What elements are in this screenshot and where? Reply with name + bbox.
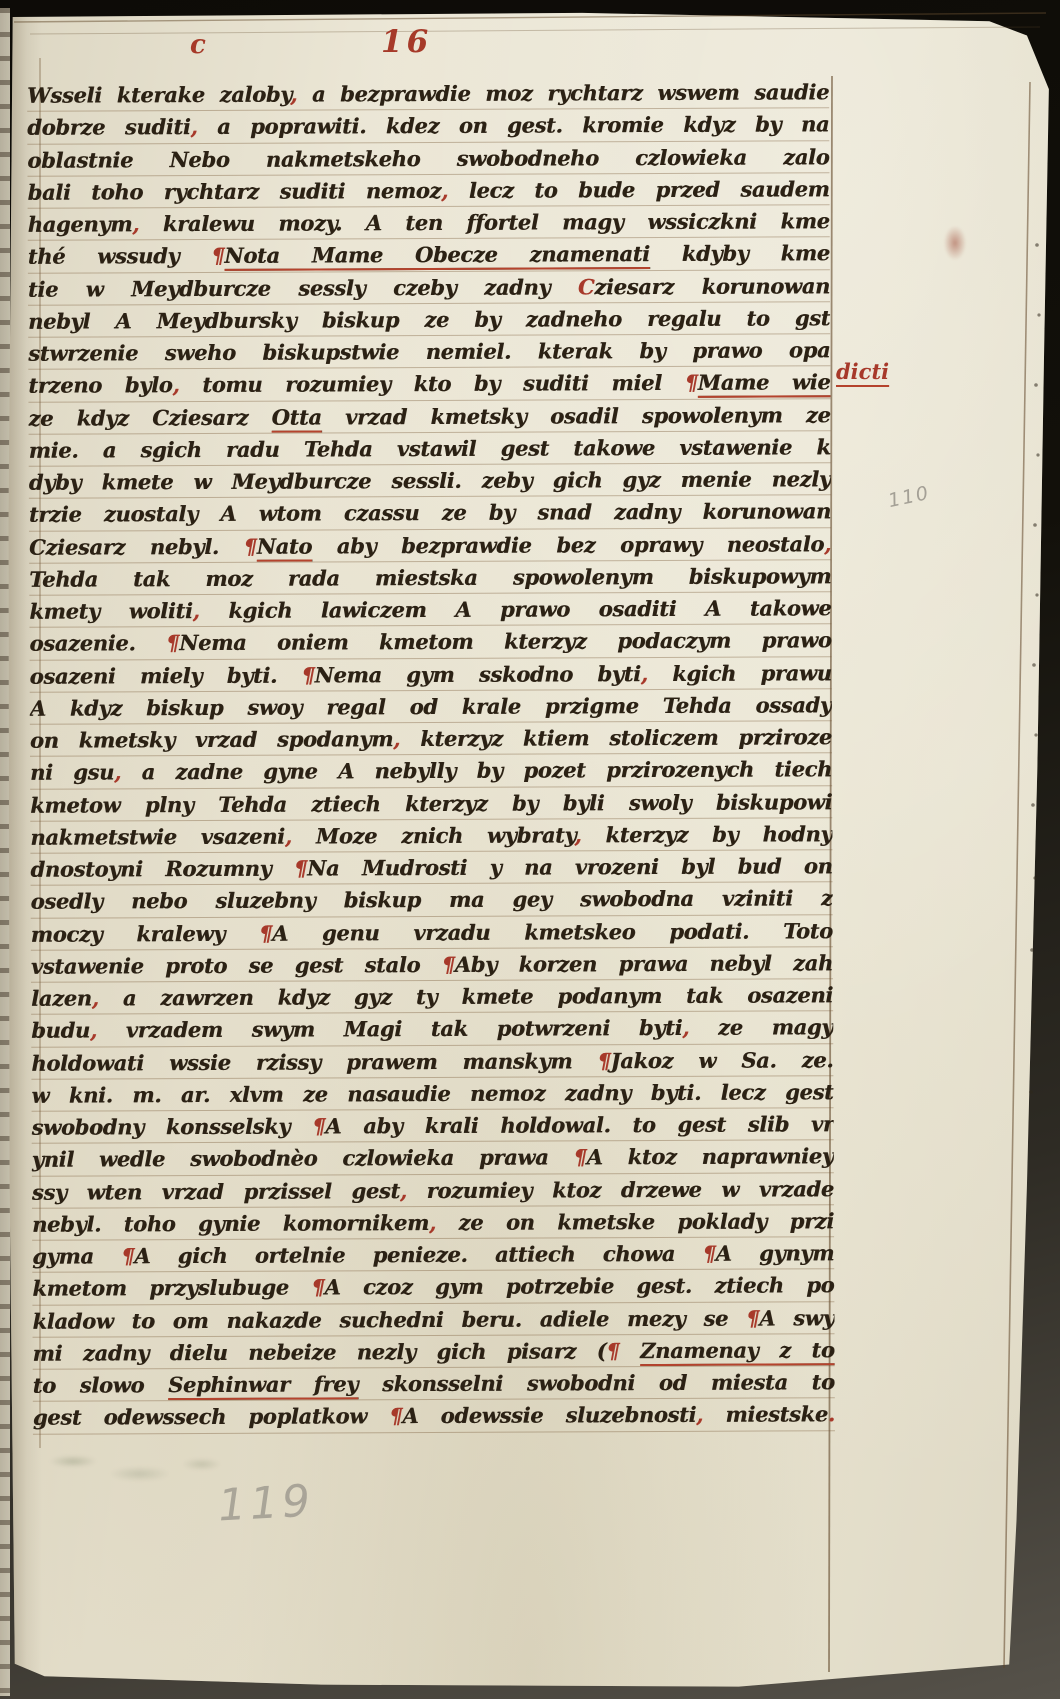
text-segment: ze magy — [689, 1014, 833, 1040]
manuscript-line: kladow to om nakazde suchedni beru. adie… — [32, 1302, 834, 1338]
text-segment: Aby korzen prawa nebyl zah — [455, 950, 833, 977]
rubric-segment: . — [828, 1401, 835, 1426]
text-segment: on kmetsky vrzad spodanym — [30, 726, 393, 753]
text-segment: kralewu mozy. A ten ffortel magy wssiczk… — [139, 208, 830, 236]
underlying-page-edge — [0, 8, 10, 1696]
manuscript-line: nebyl. toho gynie komornikem, ze on kmet… — [32, 1205, 834, 1241]
text-segment: to slowo — [33, 1372, 168, 1398]
manuscript-line: nakmetstwie vsazeni, Moze znich wybraty,… — [30, 818, 832, 854]
manuscript-line: bali toho rychtarz suditi nemoz, lecz to… — [27, 173, 829, 209]
rubric-segment: ¶ — [121, 1243, 134, 1268]
manuscript-line: dnostoyni Rozumny ¶Na Mudrosti y na vroz… — [30, 850, 832, 886]
text-segment: Tehda tak moz rada miestska spowolenym b… — [29, 563, 831, 591]
text-segment: dobrze suditi — [27, 114, 190, 140]
text-segment: nebyl A Meydbursky biskup ze by zadneho … — [28, 305, 830, 333]
text-segment: lecz to bude przed saudem — [448, 176, 830, 203]
text-segment: A swy — [759, 1305, 834, 1330]
text-segment: swobodny konsselsky — [32, 1114, 313, 1140]
manuscript-line: mi zadny dielu nebeize nezly gich pisarz… — [33, 1334, 835, 1370]
rubric-segment: ¶ — [244, 533, 257, 558]
rubric-segment: ¶ — [389, 1403, 402, 1428]
text-segment: A gynym — [716, 1240, 835, 1266]
text-segment: ze on kmetske poklady przi — [436, 1208, 834, 1235]
rubric-segment: C — [578, 274, 595, 299]
margin-gloss-red: dicti — [836, 359, 889, 384]
text-segment: moczy kralewy — [31, 920, 259, 946]
scan-background: c 16 Wsseli kterake zaloby, a bezprawdie… — [0, 0, 1060, 1699]
text-segment: budu — [31, 1018, 90, 1043]
text-segment: dnostoyni Rozumny — [30, 856, 294, 882]
rubric-segment: ¶ — [211, 243, 224, 268]
manuscript-line: osazeni miely byti. ¶Nema gym sskodno by… — [30, 657, 832, 693]
manuscript-line: Cziesarz nebyl. ¶Nato aby bezprawdie bez… — [29, 528, 831, 564]
text-segment: hagenym — [28, 211, 133, 236]
text-segment: a zadne gyne A nebylly by pozet prziroze… — [121, 757, 832, 785]
text-segment: stwrzenie sweho biskupstwie nemiel. kter… — [28, 337, 830, 365]
rubric-segment: ¶ — [597, 1048, 610, 1073]
text-segment: ziesarz korunowan — [594, 273, 830, 299]
text-segment: ynil wedle swobodnèo czlowieka prawa — [32, 1145, 574, 1172]
manuscript-line: moczy kralewy ¶A genu vrzadu kmetskeo po… — [31, 915, 833, 951]
text-segment: osazenie. — [29, 630, 166, 656]
text-segment: vrzad kmetsky osadil spowolenym ze — [322, 402, 831, 429]
manuscript-line: w kni. m. ar. xlvm ze nasaudie nemoz zad… — [31, 1076, 833, 1112]
text-segment: bali toho rychtarz suditi nemoz — [27, 178, 441, 205]
text-segment: a zawrzen kdyz gyz ty kmete podanym tak … — [99, 982, 833, 1010]
text-segment: miestske — [703, 1402, 828, 1428]
ink-stain — [944, 226, 966, 260]
text-segment: mi zadny dielu nebeize nezly gich pisarz… — [33, 1338, 607, 1366]
text-segment: oblastnie Nebo nakmetskeho swobodneho cz… — [27, 144, 829, 172]
rubric-segment: ¶ — [702, 1241, 715, 1266]
text-segment: kgich lawiczem A prawo osaditi A takowe — [200, 595, 832, 623]
erased-text-smudge — [38, 1446, 233, 1494]
manuscript-line: thé wssudy ¶Nota Mame Obecze znamenati k… — [28, 238, 830, 274]
text-segment: trzeno bylo — [28, 372, 172, 398]
text-segment: thé wssudy — [28, 243, 212, 269]
rubric-segment: ¶ — [746, 1305, 759, 1330]
text-segment: kladow to om nakazde suchedni beru. adie… — [32, 1305, 746, 1333]
rubric-segment: Otta — [271, 404, 321, 429]
text-segment: osedly nebo sluzebny biskup ma gey swobo… — [31, 885, 833, 913]
text-segment: Nema oniem kmetom kterzyz podaczym prawo — [179, 628, 831, 656]
rubric-segment: Sephinwar frey — [168, 1371, 358, 1397]
manuscript-line: trzie zuostaly A wtom czassu ze by snad … — [29, 496, 831, 532]
text-segment: aby bezprawdie bez oprawy neostalo — [312, 531, 824, 558]
manuscript-line: gest odewssech poplatkow ¶A odewssie slu… — [33, 1398, 835, 1434]
text-block: Wsseli kterake zaloby, a bezprawdie moz … — [27, 76, 835, 1434]
manuscript-line: Wsseli kterake zaloby, a bezprawdie moz … — [27, 76, 829, 112]
rubric-segment: ¶ — [166, 630, 179, 655]
text-segment: kmetom przyslubuge — [32, 1275, 311, 1301]
manuscript-line: vstawenie proto se gest stalo ¶Aby korze… — [31, 947, 833, 983]
text-segment: Na Mudrosti y na vrozeni byl bud on — [307, 853, 833, 880]
rubric-segment: ¶ — [294, 856, 307, 881]
rubric-segment: ¶ — [259, 920, 272, 945]
text-segment: trzie zuostaly A wtom czassu ze by snad … — [29, 499, 831, 527]
rubric-segment: , — [824, 531, 831, 556]
rubric-segment: ¶ — [312, 1113, 325, 1138]
manuscript-line: osazenie. ¶Nema oniem kmetom kterzyz pod… — [29, 625, 831, 661]
manuscript-line: nebyl A Meydbursky biskup ze by zadneho … — [28, 302, 830, 338]
text-segment: A kdyz biskup swoy regal od krale przigm… — [30, 692, 832, 720]
text-segment: osazeni miely byti. — [30, 662, 302, 688]
rubric-segment: ¶ — [442, 952, 455, 977]
manuscript-line: swobodny konsselsky ¶A aby krali holdowa… — [32, 1108, 834, 1144]
rubric-segment: Mame wie — [698, 370, 831, 396]
manuscript-line: osedly nebo sluzebny biskup ma gey swobo… — [31, 882, 833, 918]
manuscript-line: budu, vrzadem swym Magi tak potwrzeni by… — [31, 1011, 833, 1047]
text-segment: skonsselni swobodni od miesta to — [358, 1369, 835, 1396]
text-segment: A czoz gym potrzebie gest. ztiech po — [324, 1272, 834, 1299]
folio-number-red: 16 — [381, 24, 432, 60]
text-segment: Cziesarz nebyl. — [29, 533, 244, 559]
text-segment: gest odewssech poplatkow — [33, 1403, 389, 1430]
manuscript-line: kmetow plny Tehda ztiech kterzyz by byli… — [30, 786, 832, 822]
manuscript-line: hagenym, kralewu mozy. A ten ffortel mag… — [28, 205, 830, 241]
text-segment: tomu rozumiey kto by suditi miel — [179, 370, 684, 397]
manuscript-line: stwrzenie sweho biskupstwie nemiel. kter… — [28, 334, 830, 370]
text-segment: kterzyz by hodny — [581, 821, 832, 847]
text-segment: vstawenie proto se gest stalo — [31, 952, 442, 979]
manuscript-line: ze kdyz Cziesarz Otta vrzad kmetsky osad… — [28, 399, 830, 435]
manuscript-line: trzeno bylo, tomu rozumiey kto by suditi… — [28, 367, 830, 403]
manuscript-line: ynil wedle swobodnèo czlowieka prawa ¶A … — [32, 1140, 834, 1176]
text-segment: Wsseli kterake zaloby — [27, 82, 290, 108]
manuscript-line: gyma ¶A gich ortelnie penieze. attiech c… — [32, 1237, 834, 1273]
manuscript-line: on kmetsky vrzad spodanym, kterzyz ktiem… — [30, 721, 832, 757]
manuscript-line: Tehda tak moz rada miestska spowolenym b… — [29, 560, 831, 596]
text-segment: mie. a sgich radu Tehda vstawil gest tak… — [29, 434, 831, 462]
manuscript-line: dyby kmete w Meydburcze sessli. zeby gic… — [29, 463, 831, 499]
rubric-segment: ¶ — [573, 1145, 586, 1170]
text-segment: Nema gym sskodno byti — [315, 661, 641, 687]
manuscript-line: kmetom przyslubuge ¶A czoz gym potrzebie… — [32, 1269, 834, 1305]
rubric-segment: ¶ — [685, 370, 698, 395]
text-segment: nebyl. toho gynie komornikem — [32, 1210, 429, 1237]
rubric-segment: Nota Mame Obecze znamenati — [224, 241, 649, 268]
text-segment: ze kdyz Cziesarz — [28, 404, 271, 430]
manuscript-line: A kdyz biskup swoy regal od krale przigm… — [30, 689, 832, 725]
text-segment: kgich prawu — [648, 660, 832, 686]
text-segment: a bezprawdie moz rychtarz wswem saudie — [297, 79, 829, 106]
text-segment: holdowati wssie rzissy prawem manskym — [31, 1048, 597, 1075]
text-segment: A gich ortelnie penieze. attiech chowa — [134, 1241, 702, 1268]
manuscript-line: lazen, a zawrzen kdyz gyz ty kmete podan… — [31, 979, 833, 1015]
text-segment: ssy wten vrzad przissel gest — [32, 1178, 400, 1205]
manuscript-line: dobrze suditi, a poprawiti. kdez on gest… — [27, 109, 829, 145]
text-segment: Moze znich wybraty — [292, 822, 575, 848]
rubric-segment: ¶ — [301, 662, 314, 687]
text-segment: A odewssie sluzebnosti — [402, 1402, 696, 1428]
text-segment: kterzyz ktiem stoliczem prziroze — [400, 724, 832, 751]
text-segment: kmety woliti — [29, 598, 192, 624]
text-segment: rozumiey ktoz drzewe w vrzade — [407, 1176, 834, 1203]
manuscript-line: holdowati wssie rzissy prawem manskym ¶J… — [31, 1044, 833, 1080]
rubric-segment: ¶ — [606, 1338, 640, 1363]
text-segment: gyma — [32, 1243, 121, 1268]
text-segment: A genu vrzadu kmetskeo podati. Toto — [272, 918, 833, 945]
text-segment: dyby kmete w Meydburcze sessli. zeby gic… — [29, 466, 831, 494]
manuscript-line: ssy wten vrzad przissel gest, rozumiey k… — [32, 1173, 834, 1209]
text-segment: ni gsu — [30, 760, 114, 785]
manuscript-line: mie. a sgich radu Tehda vstawil gest tak… — [29, 431, 831, 467]
manuscript-line: oblastnie Nebo nakmetskeho swobodneho cz… — [27, 141, 829, 177]
text-segment: A ktoz naprawniey — [586, 1143, 833, 1169]
text-segment: a poprawiti. kdez on gest. kromie kdyz b… — [197, 112, 829, 140]
text-segment: kdyby kme — [650, 241, 830, 267]
text-segment: vrzadem swym Magi tak potwrzeni byti — [97, 1015, 682, 1043]
manuscript-line: to slowo Sephinwar frey skonsselni swobo… — [33, 1366, 835, 1402]
rubric-segment: Nato — [257, 533, 312, 558]
rubric-segment: Znamenay z to — [640, 1337, 835, 1363]
text-segment: kmetow plny Tehda ztiech kterzyz by byli… — [30, 789, 832, 817]
text-segment: w kni. m. ar. xlvm ze nasaudie nemoz zad… — [31, 1079, 833, 1107]
text-segment: nakmetstwie vsazeni — [30, 823, 285, 849]
manuscript-line: ni gsu, a zadne gyne A nebylly by pozet … — [30, 754, 832, 790]
text-segment: A aby krali holdowal. to gest slib vr — [325, 1111, 833, 1138]
text-segment: lazen — [31, 985, 92, 1010]
rubric-segment: ¶ — [311, 1275, 324, 1300]
quire-letter: c — [190, 30, 206, 60]
manuscript-line: tie w Meydburcze sessly czeby zadny Czie… — [28, 270, 830, 306]
text-segment: tie w Meydburcze sessly czeby zadny — [28, 274, 578, 301]
manuscript-line: kmety woliti, kgich lawiczem A prawo osa… — [29, 592, 831, 628]
text-segment: Jakoz w Sa. ze. — [611, 1047, 834, 1073]
